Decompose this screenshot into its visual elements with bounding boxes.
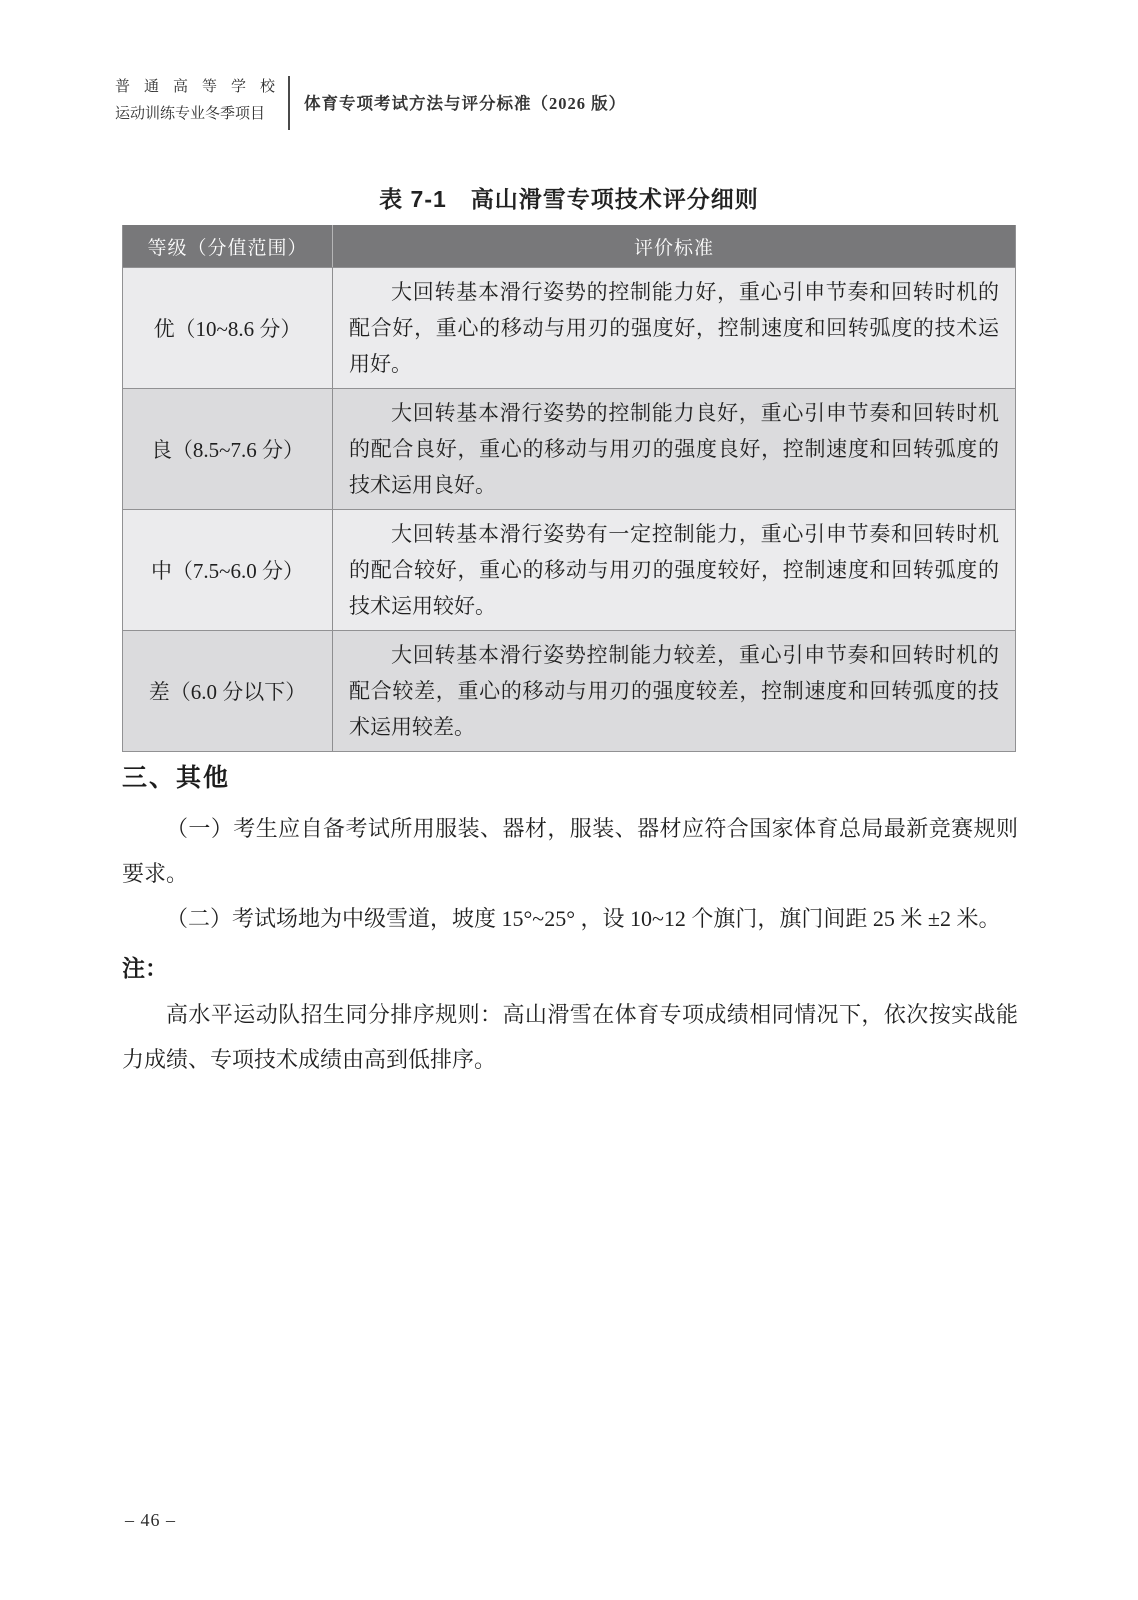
document-page: 普通高等学校 运动训练专业冬季项目 体育专项考试方法与评分标准（2026 版） … <box>0 0 1138 1600</box>
criteria-cell: 大回转基本滑行姿势有一定控制能力，重心引申节奏和回转时机的配合较好，重心的移动与… <box>349 516 999 624</box>
note-label: 注： <box>122 950 168 983</box>
grade-cell: 中（7.5~6.0 分） <box>123 510 333 630</box>
table-row: 差（6.0 分以下） 大回转基本滑行姿势控制能力较差，重心引申节奏和回转时机的配… <box>123 630 1015 751</box>
table-row: 中（7.5~6.0 分） 大回转基本滑行姿势有一定控制能力，重心引申节奏和回转时… <box>123 509 1015 630</box>
criteria-cell: 大回转基本滑行姿势的控制能力好，重心引申节奏和回转时机的配合好，重心的移动与用刃… <box>349 274 999 382</box>
table-header-row: 等级（分值范围） 评价标准 <box>123 225 1015 267</box>
table-header-criteria: 评价标准 <box>333 225 1015 267</box>
table-row: 良（8.5~7.6 分） 大回转基本滑行姿势的控制能力良好，重心引申节奏和回转时… <box>123 388 1015 509</box>
running-head-left-line2: 运动训练专业冬季项目 <box>115 101 275 128</box>
criteria-cell: 大回转基本滑行姿势的控制能力良好，重心引申节奏和回转时机的配合良好，重心的移动与… <box>349 395 999 503</box>
running-head-title: 体育专项考试方法与评分标准（2026 版） <box>304 74 626 130</box>
table-header-grade: 等级（分值范围） <box>123 225 333 267</box>
paragraph-venue: （二）考试场地为中级雪道，坡度 15°~25° ，设 10~12 个旗门，旗门间… <box>122 896 1018 941</box>
paragraph-equipment: （一）考生应自备考试所用服装、器材，服装、器材应符合国家体育总局最新竞赛规则要求… <box>122 806 1018 896</box>
criteria-cell: 大回转基本滑行姿势控制能力较差，重心引申节奏和回转时机的配合较差，重心的移动与用… <box>349 637 999 745</box>
grade-cell: 良（8.5~7.6 分） <box>123 389 333 509</box>
page-number: – 46 – <box>125 1510 176 1531</box>
grade-cell: 优（10~8.6 分） <box>123 268 333 388</box>
running-head-left: 普通高等学校 运动训练专业冬季项目 <box>115 74 275 128</box>
scoring-table: 等级（分值范围） 评价标准 优（10~8.6 分） 大回转基本滑行姿势的控制能力… <box>122 225 1016 752</box>
grade-cell: 差（6.0 分以下） <box>123 631 333 751</box>
running-head-divider <box>288 76 290 130</box>
running-head-left-line1: 普通高等学校 <box>115 74 275 101</box>
table-row: 优（10~8.6 分） 大回转基本滑行姿势的控制能力好，重心引申节奏和回转时机的… <box>123 267 1015 388</box>
note-text: 高水平运动队招生同分排序规则：高山滑雪在体育专项成绩相同情况下，依次按实战能力成… <box>122 992 1018 1082</box>
section-heading-other: 三、其他 <box>122 758 230 794</box>
table-caption: 表 7-1 高山滑雪专项技术评分细则 <box>122 181 1016 214</box>
